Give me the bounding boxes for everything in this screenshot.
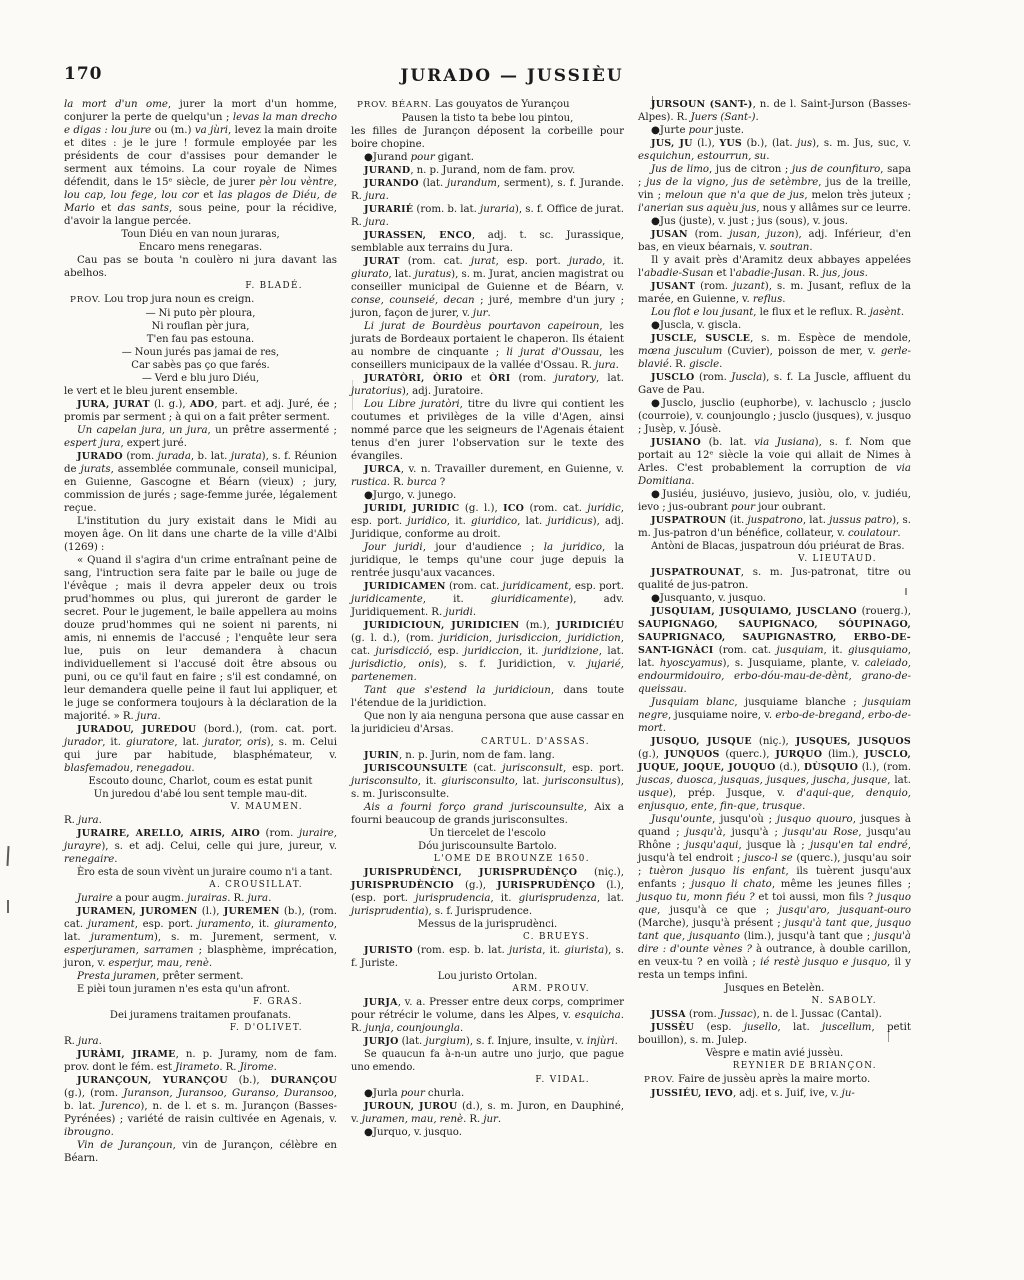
verse-quote: Jusques en Betelèn. <box>638 982 911 995</box>
entry-paragraph: JURATÒRI, ÒRIO et ÒRI (rom. juratory, la… <box>351 372 624 398</box>
text-paragraph: ●Jurla pour churla. <box>351 1087 624 1100</box>
text-paragraph: Jus de limo, jus de citron ; jus de coun… <box>638 163 911 215</box>
continuation-paragraph: le vert et le bleu jurent ensemble. <box>64 385 337 398</box>
text-paragraph: Jour juridi, jour d'audience ; la juridi… <box>351 541 624 580</box>
scan-artifact <box>352 380 353 410</box>
text-paragraph: L'institution du jury existait dans le M… <box>64 515 337 554</box>
proverb-line: PROV. Lou trop jura noun es creign. <box>64 293 337 307</box>
entry-paragraph: JURISTO (rom. esp. b. lat. jurista, it. … <box>351 944 624 970</box>
text-paragraph: Jusquiam blanc, jusquiame blanche ; jusq… <box>638 696 911 735</box>
column-1: la mort d'un ome, jurer la mort d'un hom… <box>64 98 337 1165</box>
verse-quote: — Verd e blu juro Diéu, <box>64 372 337 385</box>
scan-artifact <box>6 846 9 866</box>
column-3: JURSOUN (SANT-), n. de l. Saint-Jurson (… <box>638 98 911 1165</box>
entry-paragraph: JURANÇOUN, YURANÇOU (b.), DURANÇOU (g.),… <box>64 1074 337 1139</box>
entry-paragraph: JUSPATROUNAT, s. m. Jus-patronat, titre … <box>638 566 911 592</box>
entry-paragraph: JUROUN, JUROU (d.), s. m. Juron, en Daup… <box>351 1100 624 1126</box>
prose-quote: Èro esta de soun vivènt un juraire coumo… <box>64 866 337 879</box>
attribution: CARTUL. D'ASSAS. <box>351 736 624 749</box>
text-paragraph: Juraire a pour augm. jurairas. R. jura. <box>64 892 337 905</box>
entry-paragraph: JUSCLO (rom. Juscla), s. f. La Juscle, a… <box>638 371 911 397</box>
entry-paragraph: JUSQUO, JUSQUE (niç.), JUSQUES, JUSQUOS … <box>638 735 911 813</box>
scan-artifact <box>652 96 653 110</box>
text-columns: la mort d'un ome, jurer la mort d'un hom… <box>64 98 912 1165</box>
text-paragraph: ●Jusiéu, jusiéuvo, jusievo, jusiòu, olo,… <box>638 488 911 514</box>
text-paragraph: ●Jurte pour juste. <box>638 124 911 137</box>
verse-quote: Toun Diéu en van noun juraras,Encaro men… <box>64 228 337 254</box>
text-paragraph: Jusqu'ounte, jusqu'où ; jusquo quouro, j… <box>638 813 911 982</box>
entry-paragraph: JURARIÉ (rom. b. lat. juraria), s. f. Of… <box>351 203 624 229</box>
entry-paragraph: JURIDICAMEN (rom. cat. juridicament, esp… <box>351 580 624 619</box>
prose-quote: Que non ly aia nenguna persona que ause … <box>351 710 624 736</box>
entry-paragraph: JURSOUN (SANT-), n. de l. Saint-Jurson (… <box>638 98 911 124</box>
text-paragraph: « Quand il s'agira d'un crime entraînant… <box>64 554 337 723</box>
continuation-paragraph: R. jura. <box>64 814 337 827</box>
continuation-paragraph: R. jura. <box>64 1035 337 1048</box>
entry-paragraph: JURIDI, JURIDIC (g. l.), ICO (rom. cat. … <box>351 502 624 541</box>
verse-quote: Un tiercelet de l'escoloDóu juriscounsul… <box>351 827 624 853</box>
continuation-paragraph: les filles de Jurançon déposent la corbe… <box>351 125 624 151</box>
attribution: N. SABOLY. <box>638 995 911 1008</box>
text-paragraph: ●Jurand pour gigant. <box>351 151 624 164</box>
entry-paragraph: JURAMEN, JUROMEN (l.), JUREMEN (b.), (ro… <box>64 905 337 970</box>
scan-artifact <box>888 1032 889 1042</box>
entry-paragraph: JURIN, n. p. Jurin, nom de fam. lang. <box>351 749 624 762</box>
attribution: ARM. PROUV. <box>351 983 624 996</box>
verse-quote: — Noun jurés pas jamai de res,Car sabès … <box>64 346 337 372</box>
entry-paragraph: JUSSIÉU, IEVO, adj. et s. Juif, ive, v. … <box>638 1087 911 1100</box>
entry-paragraph: JURA, JURAT (l. g.), ADO, part. et adj. … <box>64 398 337 424</box>
entry-paragraph: JURJA, v. a. Presser entre deux corps, c… <box>351 996 624 1035</box>
entry-paragraph: JURASSEN, ENCO, adj. t. sc. Jurassique, … <box>351 229 624 255</box>
text-paragraph: ●Jurgo, v. junego. <box>351 489 624 502</box>
text-paragraph: Vin de Jurançoun, vin de Jurançon, célèb… <box>64 1139 337 1165</box>
entry-paragraph: JURADO (rom. jurada, b. lat. jurata), s.… <box>64 450 337 515</box>
entry-paragraph: JURISPRUDÈNCI, JURISPRUDÈNÇO (niç.), JUR… <box>351 866 624 918</box>
attribution: V. LIEUTAUD. <box>638 553 911 566</box>
entry-paragraph: JUSAN (rom. jusan, juzon), adj. Inférieu… <box>638 228 911 254</box>
entry-paragraph: JURIDICIOUN, JURIDICIEN (m.), JURIDICIÉU… <box>351 619 624 684</box>
entry-paragraph: JUSQUIAM, JUSQUIAMO, JUSCLANO (rouerg.),… <box>638 605 911 696</box>
scan-artifact <box>7 900 9 913</box>
attribution: F. BLADÉ. <box>64 280 337 293</box>
text-paragraph: Tant que s'estend la juridicioun, dans t… <box>351 684 624 710</box>
attribution: A. CROUSILLAT. <box>64 879 337 892</box>
verse-quote: Messus de la jurisprudènci. <box>351 918 624 931</box>
text-paragraph: Il y avait près d'Aramitz deux abbayes a… <box>638 254 911 280</box>
text-paragraph: Lou flot e lou jusant, le flux et le ref… <box>638 306 911 319</box>
proverb-line: PROV. Faire de jussèu après la maire mor… <box>638 1073 911 1087</box>
dictionary-page-scan: 170 JURADO — JUSSIÈU la mort d'un ome, j… <box>0 0 1024 1280</box>
text-paragraph: ●Jurquo, v. jusquo. <box>351 1126 624 1139</box>
verse-quote: — Ni puto pèr ploura,Ni rouflan pèr jura… <box>64 307 337 346</box>
entry-paragraph: JURÀMI, JIRAME, n. p. Juramy, nom de fam… <box>64 1048 337 1074</box>
text-paragraph: ●Jusclo, jusclio (euphorbe), v. lachuscl… <box>638 397 911 436</box>
verse-quote: Pausen la tisto ta bebe lou pintou, <box>351 112 624 125</box>
attribution: REYNIER DE BRIANÇON. <box>638 1060 911 1073</box>
proverb-line: PROV. BÉARN. Las gouyatos de Yurançou <box>351 98 624 112</box>
entry-paragraph: JUS, JU (l.), YUS (b.), (lat. jus), s. m… <box>638 137 911 163</box>
entry-paragraph: JURAIRE, ARELLO, AIRIS, AIRO (rom. jurai… <box>64 827 337 866</box>
entry-paragraph: JURANDO (lat. jurandum, serment), s. f. … <box>351 177 624 203</box>
entry-paragraph: JURCA, v. n. Travailler durement, en Gui… <box>351 463 624 489</box>
scan-artifact <box>905 588 907 595</box>
attribution: F. VIDAL. <box>351 1074 624 1087</box>
entry-paragraph: JUSSÈU (esp. jusello, lat. juscellum, pe… <box>638 1021 911 1047</box>
continuation-paragraph: la mort d'un ome, jurer la mort d'un hom… <box>64 98 337 228</box>
entry-paragraph: JURADOU, JUREDOU (bord.), (rom. cat. por… <box>64 723 337 775</box>
entry-paragraph: JUSIANO (b. lat. via Jusiana), s. f. Nom… <box>638 436 911 488</box>
verse-quote: Vèspre e matin avié jussèu. <box>638 1047 911 1060</box>
entry-paragraph: JURAND, n. p. Jurand, nom de fam. prov. <box>351 164 624 177</box>
text-paragraph: Li jurat de Bourdèus pourtavon capeiroun… <box>351 320 624 372</box>
text-paragraph: Lou Libre juratòri, titre du livre qui c… <box>351 398 624 463</box>
entry-paragraph: JUSANT (rom. juzant), s. m. Jusant, refl… <box>638 280 911 306</box>
prose-quote: Antòni de Blacas, juspatroun dóu priéura… <box>638 540 911 553</box>
column-2: PROV. BÉARN. Las gouyatos de YurançouPau… <box>351 98 624 1165</box>
running-title: JURADO — JUSSIÈU <box>0 66 1024 86</box>
prose-quote: E pièi toun juramen n'es esta qu'un afro… <box>64 983 337 996</box>
text-paragraph: Cau pas se bouta 'n coulèro ni jura dava… <box>64 254 337 280</box>
attribution: C. BRUEYS. <box>351 931 624 944</box>
entry-paragraph: JUSPATROUN (it. juspatrono, lat. jussus … <box>638 514 911 540</box>
entry-paragraph: JUSCLE, SUSCLE, s. m. Espèce de mendole,… <box>638 332 911 371</box>
verse-quote: Dei juramens traitamen proufanats. <box>64 1009 337 1022</box>
entry-paragraph: JURISCOUNSULTE (cat. jurisconsult, esp. … <box>351 762 624 801</box>
text-paragraph: Presta juramen, prêter serment. <box>64 970 337 983</box>
entry-paragraph: JURJO (lat. jurgium), s. f. Injure, insu… <box>351 1035 624 1048</box>
attribution: V. MAUMEN. <box>64 801 337 814</box>
attribution: L'OME DE BROUNZE 1650. <box>351 853 624 866</box>
text-paragraph: ●Jus (juste), v. just ; jus (sous), v. j… <box>638 215 911 228</box>
entry-paragraph: JUSSA (rom. Jussac), n. de l. Jussac (Ca… <box>638 1008 911 1021</box>
text-paragraph: Ais a fourni forço grand juriscounsulte,… <box>351 801 624 827</box>
text-paragraph: Un capelan jura, un jura, un prêtre asse… <box>64 424 337 450</box>
attribution: F. GRAS. <box>64 996 337 1009</box>
attribution: F. D'OLIVET. <box>64 1022 337 1035</box>
entry-paragraph: JURAT (rom. cat. jurat, esp. port. jurad… <box>351 255 624 320</box>
verse-quote: Lou juristo Ortolan. <box>351 970 624 983</box>
text-paragraph: ●Jusquanto, v. jusquo. <box>638 592 911 605</box>
verse-quote: Escouto dounc, Charlot, coum es estat pu… <box>64 775 337 801</box>
text-paragraph: ●Juscla, v. giscla. <box>638 319 911 332</box>
prose-quote: Se quaucun fa à-n-un autre uno jurjo, qu… <box>351 1048 624 1074</box>
